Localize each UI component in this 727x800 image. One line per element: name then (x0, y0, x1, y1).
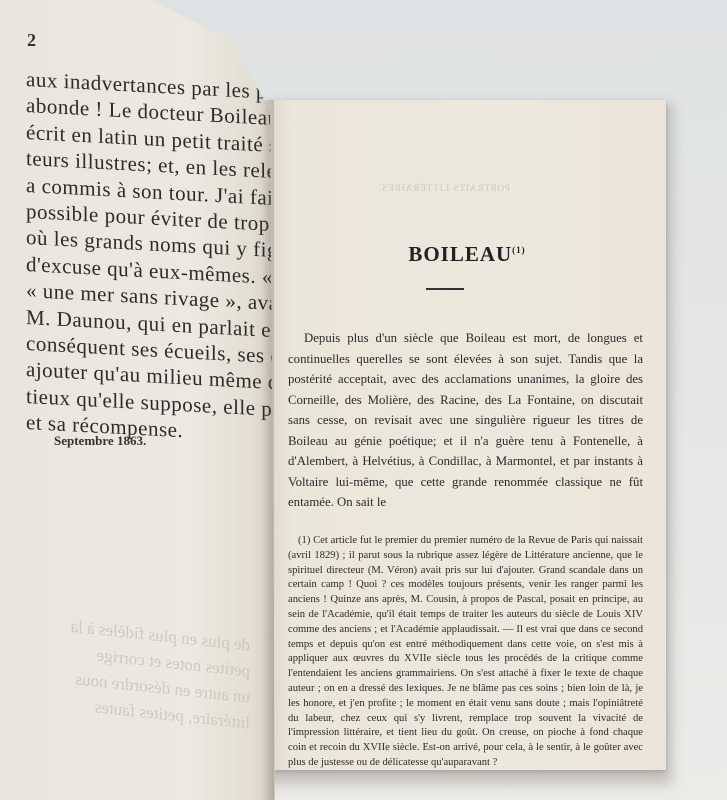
title-rule (426, 288, 464, 290)
page-number: 2 (27, 30, 36, 51)
show-through-text: de plus en plus fidèles à la petites not… (10, 607, 250, 736)
left-page-text: aux inadvertances par les particularités… (26, 66, 275, 451)
body-paragraph: Depuis plus d'un siècle que Boileau est … (288, 328, 643, 513)
footnote-text: (1) Cet article fut le premier du premie… (288, 534, 643, 771)
date-signature: Septembre 1863. (54, 433, 146, 449)
show-through-header: PORTRAITS LITTÉRAIRES. (378, 180, 510, 196)
right-page: PORTRAITS LITTÉRAIRES. BOILEAU(1) Depuis… (268, 100, 666, 770)
chapter-title: BOILEAU(1) (268, 242, 666, 267)
book-photo: PORTRAITS LITTÉRAIRES. BOILEAU(1) Depuis… (0, 0, 727, 800)
footnote-mark: (1) (512, 245, 526, 255)
gutter-shadow (262, 100, 274, 800)
footnote: (1) Cet article fut le premier du premie… (288, 534, 643, 771)
left-page: 2 aux inadvertances par les particularit… (0, 0, 275, 800)
left-page-wrap: 2 aux inadvertances par les particularit… (0, 0, 275, 800)
body-text: Depuis plus d'un siècle que Boileau est … (288, 328, 643, 513)
